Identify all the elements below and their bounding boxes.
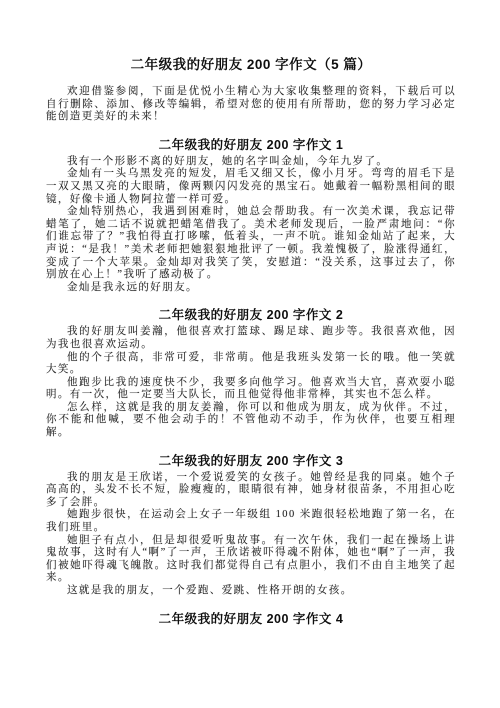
intro-paragraph: 欢迎借鉴参阅，下面是优悦小生精心为大家收集整理的资料，下载后可以自行删除、添加、… [46, 86, 456, 124]
section-1-heading: 二年级我的好朋友 200 字作文 1 [46, 137, 456, 153]
essay-section-3: 二年级我的好朋友 200 字作文 3 我的朋友是王欣诺，一个爱说爱笑的女孩子。她… [46, 453, 456, 598]
essay-paragraph: 我的好朋友叫姜瀚，他很喜欢打篮球、踢足球、跑步等。我很喜欢他，因为我也很喜欢运动… [46, 326, 456, 351]
document-title: 二年级我的好朋友 200 字作文（5 篇） [46, 56, 456, 74]
essay-section-4: 二年级我的好朋友 200 字作文 4 [46, 611, 456, 627]
essay-paragraph: 金灿特别热心，我遇到困难时，她总会帮助我。有一次美术课，我忘记带蜡笔了，她二话不… [46, 206, 456, 282]
essay-section-2: 二年级我的好朋友 200 字作文 2 我的好朋友叫姜瀚，他很喜欢打篮球、踢足球、… [46, 307, 456, 439]
section-4-heading: 二年级我的好朋友 200 字作文 4 [46, 611, 456, 627]
section-2-heading: 二年级我的好朋友 200 字作文 2 [46, 307, 456, 323]
essay-paragraph: 我有一个形影不离的好朋友，她的名字叫金灿，今年九岁了。 [46, 156, 456, 169]
essay-paragraph: 他跑步比我的速度快不少，我要多向他学习。他喜欢当大官，喜欢耍小聪明。有一次，他一… [46, 377, 456, 402]
essay-paragraph: 金灿是我永远的好朋友。 [46, 282, 456, 295]
essay-paragraph: 她跑步很快，在运动会上女子一年级组 100 米跑很轻松地跑了第一名，在我们班里。 [46, 509, 456, 534]
essay-paragraph: 他的个子很高，非常可爱，非常萌。他是我班头发第一长的哦。他一笑就大笑。 [46, 352, 456, 377]
essay-section-1: 二年级我的好朋友 200 字作文 1 我有一个形影不离的好朋友，她的名字叫金灿，… [46, 137, 456, 295]
essay-paragraph: 这就是我的朋友，一个爱跑、爱跳、性格开朗的女孩。 [46, 585, 456, 598]
essay-paragraph: 怎么样，这就是我的朋友姜瀚，你可以和他成为朋友，成为伙伴。不过，你不能和他喊，要… [46, 402, 456, 440]
document-page: 二年级我的好朋友 200 字作文（5 篇） 欢迎借鉴参阅，下面是优悦小生精心为大… [0, 0, 500, 708]
essay-paragraph: 金灿有一头乌黑发亮的短发，眉毛又细又长，像小月牙。弯弯的眉毛下是一双又黑又亮的大… [46, 168, 456, 206]
essay-paragraph: 我的朋友是王欣诺，一个爱说爱笑的女孩子。她曾经是我的同桌。她个子高高的，头发不长… [46, 472, 456, 510]
essay-paragraph: 她胆子有点小，但是却很爱听鬼故事。有一次午休，我们一起在操场上讲鬼故事，这时有人… [46, 535, 456, 585]
section-3-heading: 二年级我的好朋友 200 字作文 3 [46, 453, 456, 469]
